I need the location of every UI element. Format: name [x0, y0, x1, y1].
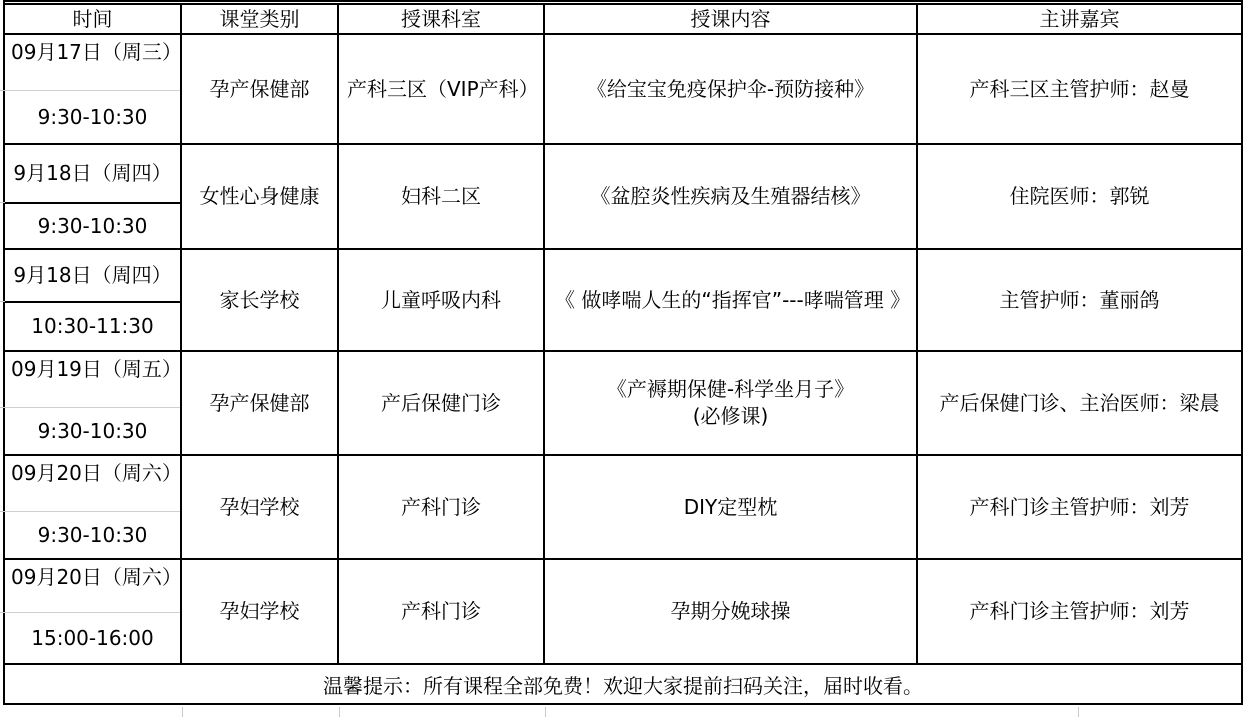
cell-time: 9:30-10:30 [5, 408, 180, 454]
gridline-tick [0, 511, 5, 512]
table-row: 9月18日（周四） 9:30-10:30 女性心身健康 妇科二区 《盆腔炎性疾病… [5, 145, 1241, 250]
cell-category: 孕妇学校 [182, 456, 339, 558]
gridline-tick [339, 707, 340, 717]
gridline-tick [0, 407, 5, 408]
cell-time: 15:00-16:00 [5, 613, 180, 663]
cell-time: 9:30-10:30 [5, 512, 180, 558]
cell-date: 09月20日（周六） [5, 560, 180, 612]
gridline-tick [0, 202, 5, 203]
cell-content: 《 做哮喘人生的“指挥官”---哮喘管理 》 [545, 250, 918, 350]
cell-content: 《盆腔炎性疾病及生殖器结核》 [545, 145, 918, 248]
cell-department: 产科门诊 [339, 560, 545, 663]
cell-content: 《产褥期保健-科学坐月子》 (必修课) [545, 352, 918, 454]
footer-note: 温馨提示：所有课程全部免费！欢迎大家提前扫码关注，届时收看。 [5, 665, 1241, 703]
time-cell: 09月17日（周三） 9:30-10:30 [5, 35, 182, 143]
time-cell: 09月19日（周五） 9:30-10:30 [5, 352, 182, 454]
time-cell: 9月18日（周四） 9:30-10:30 [5, 145, 182, 248]
cell-department: 产科门诊 [339, 456, 545, 558]
header-category: 课堂类别 [182, 5, 339, 33]
table-row: 09月17日（周三） 9:30-10:30 孕产保健部 产科三区（VIP产科） … [5, 35, 1241, 145]
schedule-table: 时间 课堂类别 授课科室 授课内容 主讲嘉宾 09月17日（周三） 9:30-1… [3, 3, 1243, 705]
cell-department: 妇科二区 [339, 145, 545, 248]
cell-speaker: 产科门诊主管护师：刘芳 [918, 560, 1241, 663]
cell-date: 9月18日（周四） [5, 145, 180, 202]
cell-speaker: 产科三区主管护师：赵曼 [918, 35, 1241, 143]
cell-time: 9:30-10:30 [5, 91, 180, 143]
gridline-tick [0, 301, 5, 302]
header-row: 时间 课堂类别 授课科室 授课内容 主讲嘉宾 [5, 5, 1241, 35]
table-row: 09月20日（周六） 9:30-10:30 孕妇学校 产科门诊 DIY定型枕 产… [5, 456, 1241, 560]
gridline-tick [182, 707, 183, 717]
cell-date: 9月18日（周四） [5, 250, 180, 301]
cell-speaker: 主管护师：董丽鸽 [918, 250, 1241, 350]
content-line-1: 《产褥期保健-科学坐月子》 [607, 376, 854, 403]
cell-speaker: 住院医师：郭锐 [918, 145, 1241, 248]
header-department: 授课科室 [339, 5, 545, 33]
cell-category: 女性心身健康 [182, 145, 339, 248]
header-speaker: 主讲嘉宾 [918, 5, 1241, 33]
header-content: 授课内容 [545, 5, 918, 33]
cell-department: 产科三区（VIP产科） [339, 35, 545, 143]
gridline-tick [1078, 707, 1079, 717]
header-time: 时间 [5, 5, 182, 33]
cell-department: 儿童呼吸内科 [339, 250, 545, 350]
cell-category: 孕产保健部 [182, 35, 339, 143]
table-row: 09月19日（周五） 9:30-10:30 孕产保健部 产后保健门诊 《产褥期保… [5, 352, 1241, 456]
cell-content: 《给宝宝免疫保护伞-预防接种》 [545, 35, 918, 143]
footer-row: 温馨提示：所有课程全部免费！欢迎大家提前扫码关注，届时收看。 [5, 665, 1241, 703]
cell-time: 10:30-11:30 [5, 303, 180, 350]
table-row: 09月20日（周六） 15:00-16:00 孕妇学校 产科门诊 孕期分娩球操 … [5, 560, 1241, 665]
previous-row-border [3, 0, 1243, 2]
cell-time: 9:30-10:30 [5, 204, 180, 248]
cell-department: 产后保健门诊 [339, 352, 545, 454]
cell-content: 孕期分娩球操 [545, 560, 918, 663]
cell-speaker: 产后保健门诊、主治医师：梁晨 [918, 352, 1241, 454]
cell-date: 09月20日（周六） [5, 456, 180, 511]
cell-content: DIY定型枕 [545, 456, 918, 558]
table-row: 9月18日（周四） 10:30-11:30 家长学校 儿童呼吸内科 《 做哮喘人… [5, 250, 1241, 352]
time-cell: 9月18日（周四） 10:30-11:30 [5, 250, 182, 350]
content-line-2: (必修课) [693, 403, 769, 430]
cell-category: 家长学校 [182, 250, 339, 350]
time-cell: 09月20日（周六） 9:30-10:30 [5, 456, 182, 558]
schedule-sheet: 时间 课堂类别 授课科室 授课内容 主讲嘉宾 09月17日（周三） 9:30-1… [0, 0, 1248, 717]
gridline-tick [0, 90, 5, 91]
cell-speaker: 产科门诊主管护师：刘芳 [918, 456, 1241, 558]
cell-category: 孕妇学校 [182, 560, 339, 663]
time-cell: 09月20日（周六） 15:00-16:00 [5, 560, 182, 663]
cell-category: 孕产保健部 [182, 352, 339, 454]
gridline-tick [0, 612, 5, 613]
cell-date: 09月17日（周三） [5, 35, 180, 90]
gridline-tick [545, 707, 546, 717]
cell-date: 09月19日（周五） [5, 352, 180, 407]
